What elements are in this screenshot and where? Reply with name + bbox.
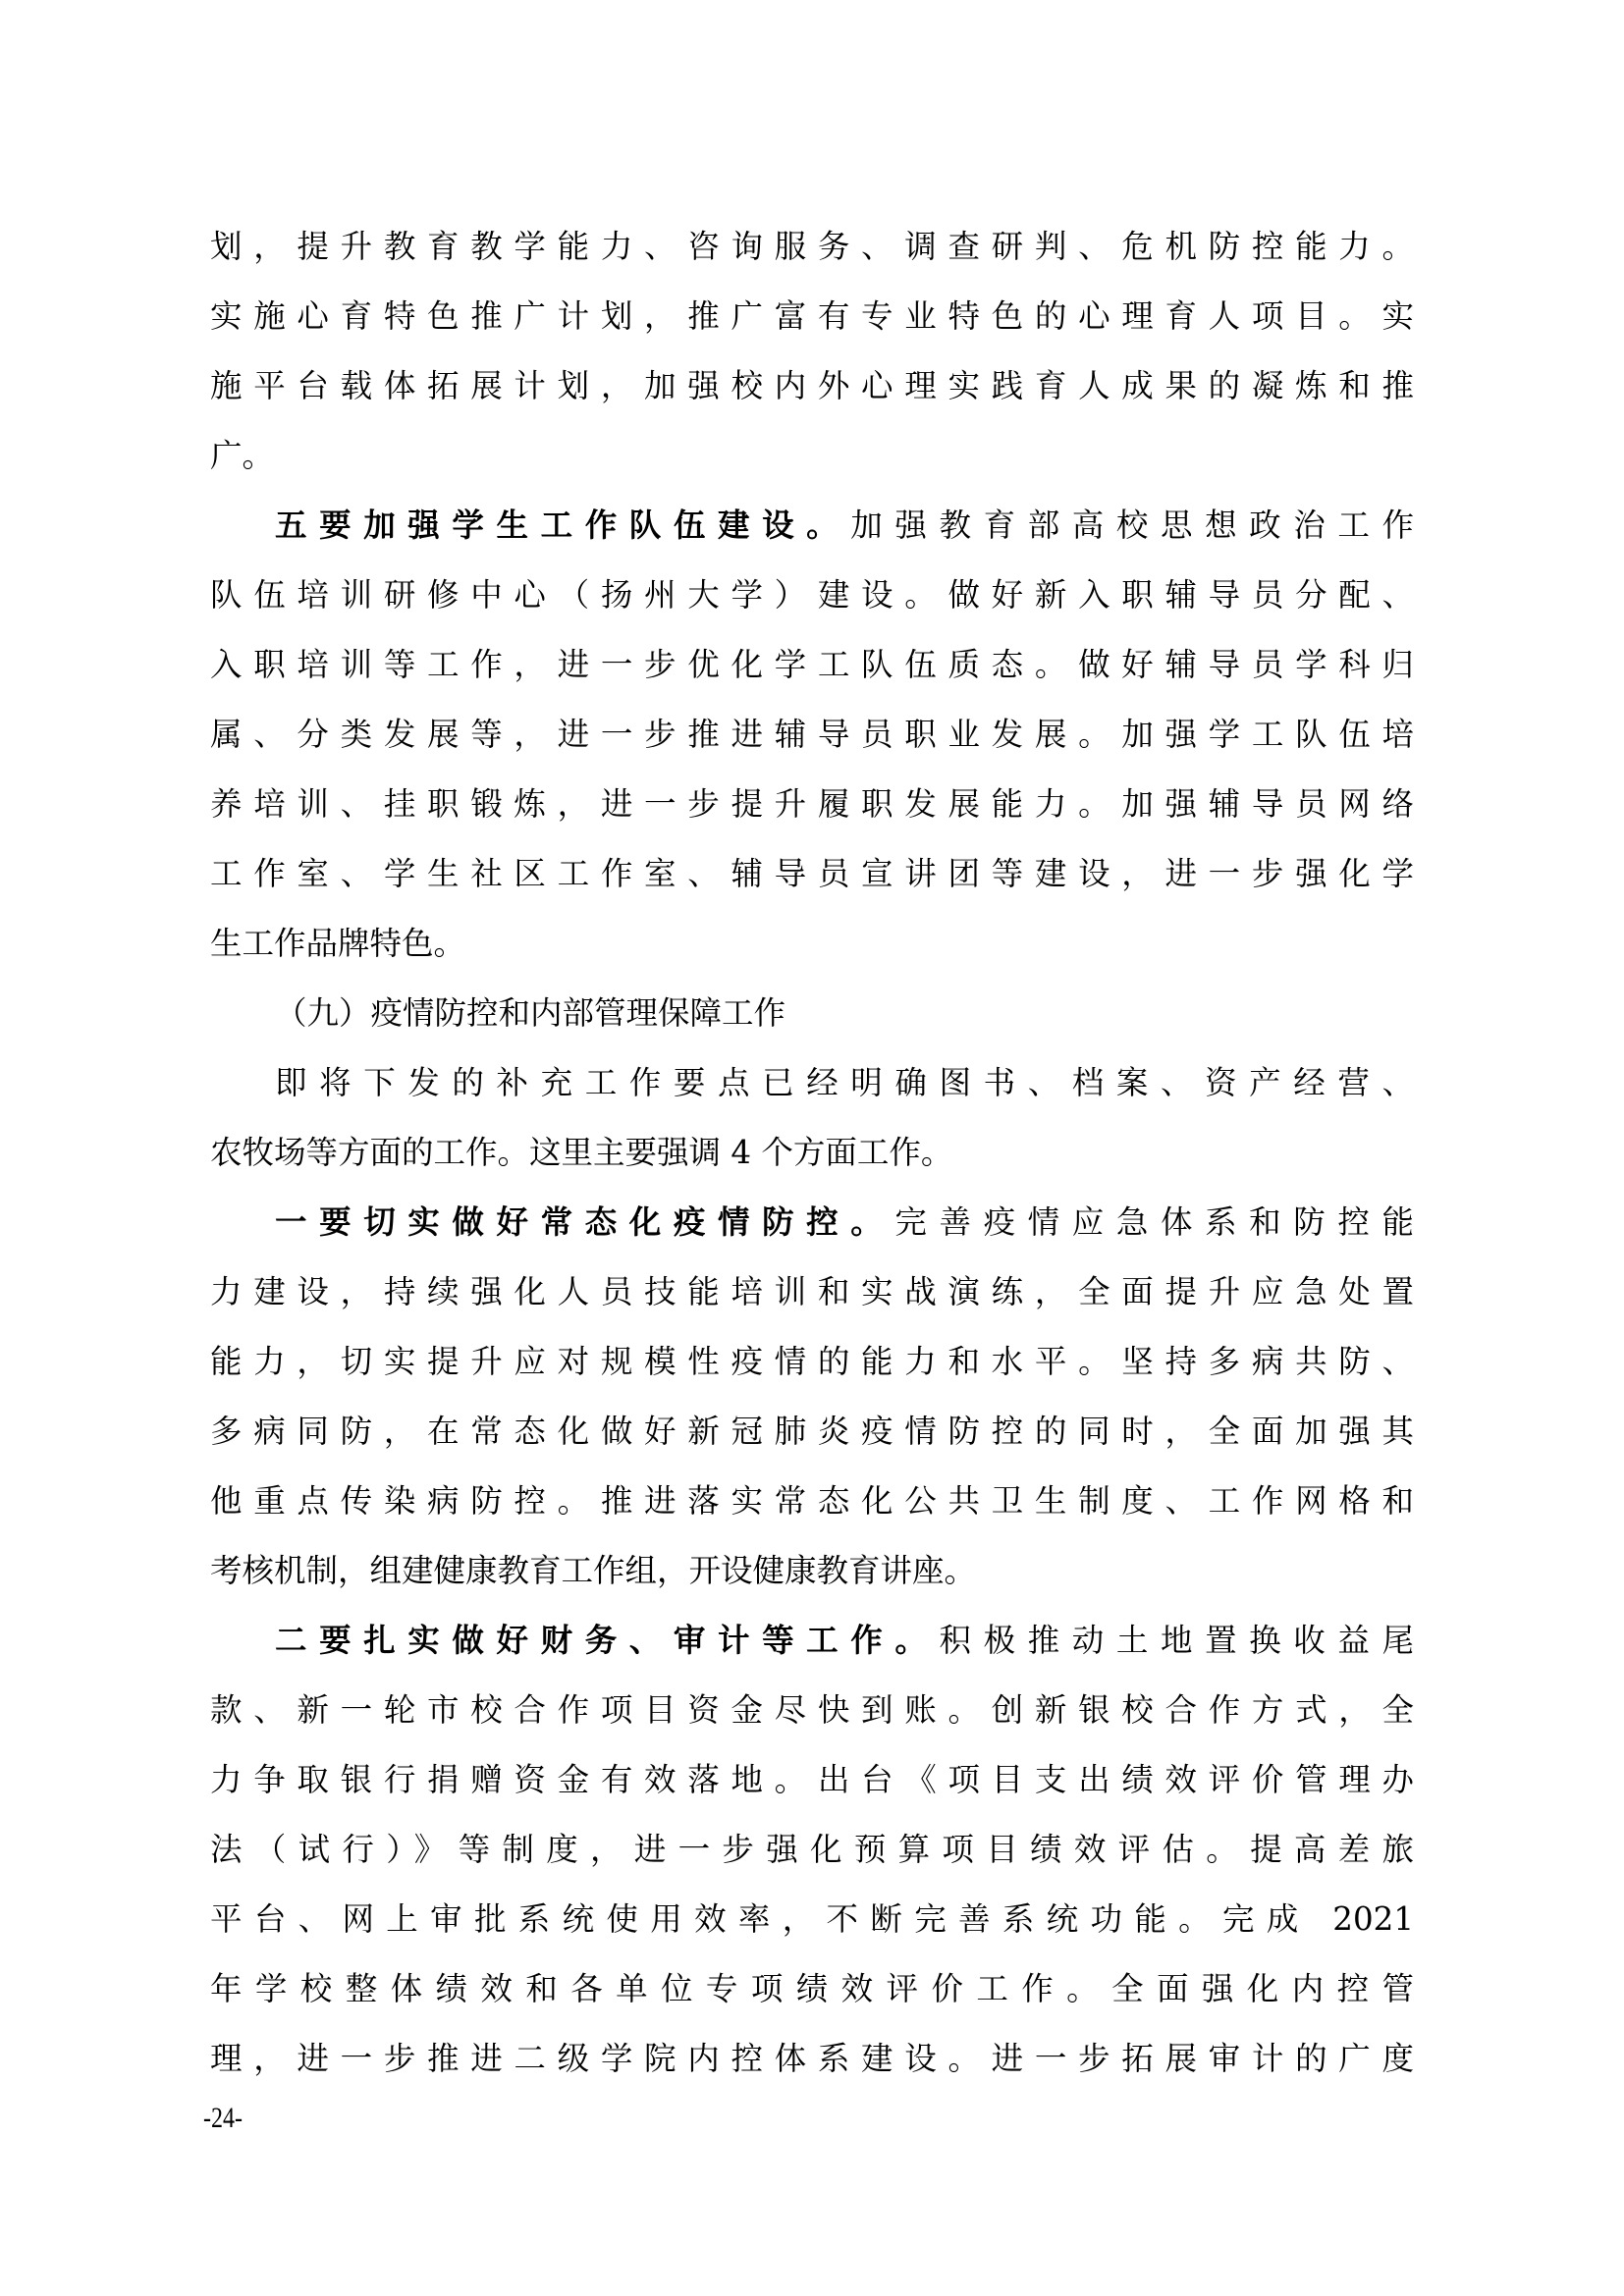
intro-line: 即将下发的补充工作要点已经明确图书、档案、资产经营、 (210, 1048, 1414, 1118)
paragraph-line: 多病同防，在常态化做好新冠肺炎疫情防控的同时，全面加强其 (210, 1397, 1414, 1467)
paragraph-line: 款、新一轮市校合作项目资金尽快到账。创新银校合作方式，全 (210, 1676, 1414, 1745)
section-five-heading: 五要加强学生工作队伍建设。 (275, 507, 850, 544)
section-one-heading: 一要切实做好常态化疫情防控。 (275, 1203, 894, 1241)
paragraph-line: 法（试行）》等制度，进一步强化预算项目绩效评估。提高差旅 (210, 1815, 1414, 1885)
section-heading-nine: （九）疫情防控和内部管理保障工作 (210, 979, 1414, 1048)
paragraph-line: 工作室、学生社区工作室、辅导员宣讲团等建设，进一步强化学 (210, 839, 1414, 909)
paragraph-line: 他重点传染病防控。推进落实常态化公共卫生制度、工作网格和 (210, 1467, 1414, 1536)
paragraph-line: 力争取银行捐赠资金有效落地。出台《项目支出绩效评价管理办 (210, 1745, 1414, 1815)
paragraph-line: 实施心育特色推广计划，推广富有专业特色的心理育人项目。实 (210, 282, 1414, 351)
paragraph-line: 平台、网上审批系统使用效率，不断完善系统功能。完成 2021 (210, 1885, 1414, 1954)
paragraph-line: 生工作品牌特色。 (210, 909, 1414, 979)
paragraph-line: 考核机制，组建健康教育工作组，开设健康教育讲座。 (210, 1536, 1414, 1606)
paragraph-line: 入职培训等工作，进一步优化学工队伍质态。做好辅导员学科归 (210, 630, 1414, 700)
paragraph-line: 施平台载体拓展计划，加强校内外心理实践育人成果的凝炼和推 (210, 351, 1414, 421)
paragraph-line: 年学校整体绩效和各单位专项绩效评价工作。全面强化内控管 (210, 1954, 1414, 2024)
section-two-first-line: 二要扎实做好财务、审计等工作。积极推动土地置换收益尾 (210, 1606, 1414, 1676)
paragraph-line: 广。 (210, 421, 1414, 491)
paragraph-line: 属、分类发展等，进一步推进辅导员职业发展。加强学工队伍培 (210, 700, 1414, 770)
section-five-text: 加强教育部高校思想政治工作 (850, 507, 1414, 544)
section-one-text: 完善疫情应急体系和防控能 (894, 1203, 1414, 1241)
paragraph-line: 能力，切实提升应对规模性疫情的能力和水平。坚持多病共防、 (210, 1327, 1414, 1397)
paragraph-line: 理，进一步推进二级学院内控体系建设。进一步拓展审计的广度 (210, 2024, 1414, 2094)
paragraph-line: 力建设，持续强化人员技能培训和实战演练，全面提升应急处置 (210, 1257, 1414, 1327)
section-five-first-line: 五要加强学生工作队伍建设。加强教育部高校思想政治工作 (210, 491, 1414, 561)
paragraph-line: 队伍培训研修中心（扬州大学）建设。做好新入职辅导员分配、 (210, 561, 1414, 630)
document-page: 划，提升教育教学能力、咨询服务、调查研判、危机防控能力。 实施心育特色推广计划，… (210, 212, 1414, 2094)
paragraph-line: 养培训、挂职锻炼，进一步提升履职发展能力。加强辅导员网络 (210, 770, 1414, 839)
paragraph-line: 划，提升教育教学能力、咨询服务、调查研判、危机防控能力。 (210, 212, 1414, 282)
section-two-heading: 二要扎实做好财务、审计等工作。 (275, 1622, 939, 1659)
section-one-first-line: 一要切实做好常态化疫情防控。完善疫情应急体系和防控能 (210, 1188, 1414, 1257)
page-number: -24- (203, 2099, 243, 2138)
intro-line: 农牧场等方面的工作。这里主要强调 4 个方面工作。 (210, 1118, 1414, 1188)
section-two-text: 积极推动土地置换收益尾 (939, 1622, 1414, 1659)
